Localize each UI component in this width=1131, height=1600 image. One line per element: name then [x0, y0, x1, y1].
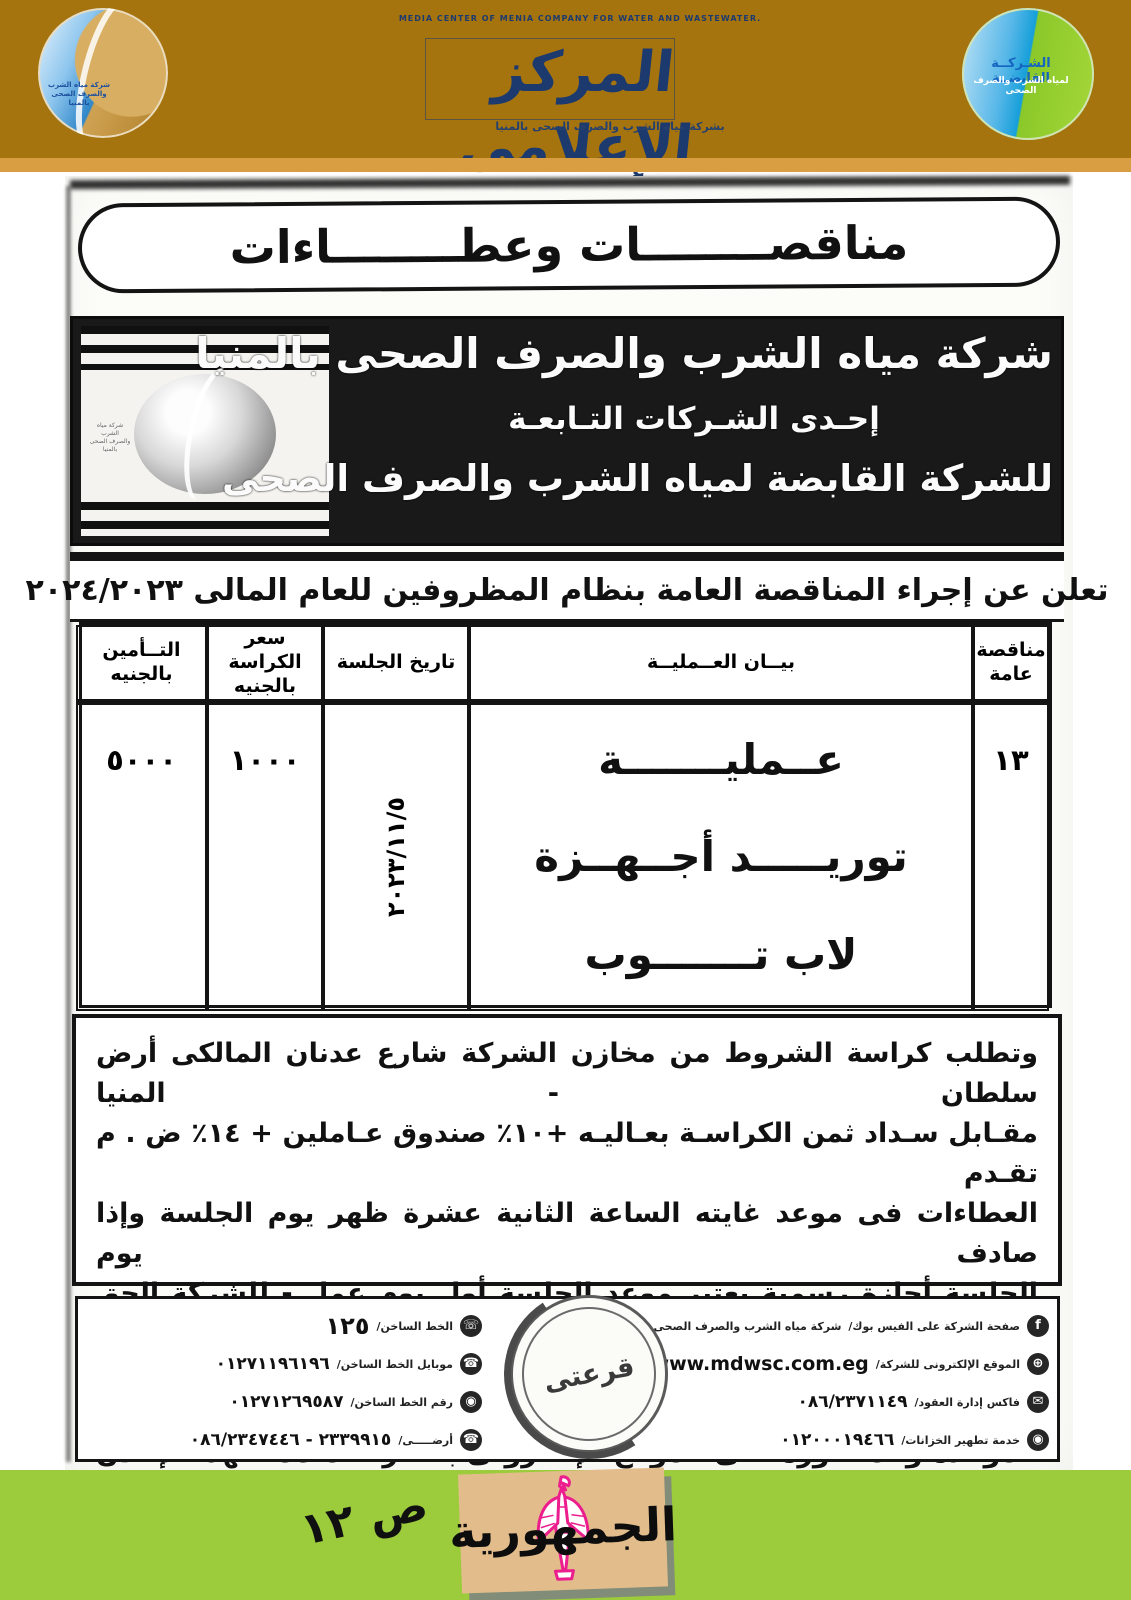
operation-line: عــمليـــــــة: [598, 735, 844, 784]
water-drop-icon: [65, 8, 144, 138]
stripes-bottom: [81, 502, 329, 536]
facebook-row: f صفحة الشركة على الفيس بوك/ شركة مياه ا…: [677, 1307, 1049, 1345]
company-name: شركة مياه الشرب والصرف الصحى بالمنيا: [335, 329, 1053, 378]
booklet-price-cell: ١٠٠٠: [207, 703, 323, 1011]
tenders-banner: مناقصــــــــات وعطــــــــاءات: [78, 197, 1061, 294]
tenders-banner-title: مناقصــــــــات وعطــــــــاءات: [229, 216, 908, 275]
conditions-paragraph: وتطلب كراسة الشروط من مخازن الشركة شارع …: [72, 1014, 1062, 1286]
facebook-icon: f: [1027, 1315, 1049, 1337]
company-stamp: قرعتى: [502, 1287, 676, 1461]
header-band: شركة مياه الشرب والصرف الصحى بالمنيا MED…: [0, 0, 1131, 158]
tank-cleaning-icon: ◉: [1027, 1429, 1049, 1451]
company-logo-scan-caption: شركة مياه الشرب والصرف الصحى بالمنيا: [87, 422, 133, 454]
contact-column-left: ☏ الخط الساخن/ ١٢٥ ☎ موبايل الخط الساخن/…: [90, 1307, 482, 1459]
operation-line: توريـــــد أجــهــزة: [534, 832, 907, 881]
company-title-block: شركة مياه الشرب والصرف الصحى بالمنيا شرك…: [70, 316, 1064, 546]
fax-icon: ✉: [1027, 1391, 1049, 1413]
col-header-deposit: التــأمين بالجنيه: [76, 625, 207, 703]
telephone-icon: ☎: [460, 1429, 482, 1451]
stamp-text: قرعتى: [501, 1286, 677, 1462]
media-center-logo: MEDIA CENTER OF MENIA COMPANY FOR WATER …: [370, 14, 790, 154]
mobile-icon: ☎: [460, 1353, 482, 1375]
fax-row: ✉ فاكس إدارة العقود/ ٠٨٦/٢٣٧١١٤٩: [677, 1383, 1049, 1421]
tank-service-row: ◉ خدمة تطهير الخزانات/ ٠١٢٠٠٠١٩٤٦٦: [677, 1421, 1049, 1459]
gomhuria-card: الجمهورية: [458, 1467, 668, 1593]
media-center-subtitle: بشركة مياه الشرب والصرف الصحى بالمنيا: [370, 120, 850, 133]
gomhuria-newspaper-name: الجمهورية: [447, 1497, 679, 1559]
dial-icon: ◉: [460, 1391, 482, 1413]
col-header-session-date: تاريخ الجلسة: [323, 625, 469, 703]
col-header-booklet-price: سعر الكراسة بالجنيه: [207, 625, 323, 703]
deposit-cell: ٥٠٠٠: [76, 703, 207, 1011]
conditions-line: وتطلب كراسة الشروط من مخازن الشركة شارع …: [96, 1034, 1038, 1114]
globe-icon: ⊕: [1027, 1353, 1049, 1375]
hotline-mobile-row: ☎ موبايل الخط الساخن/ ٠١٢٧١١٩٦١٩٦: [90, 1345, 482, 1383]
col-header-tender-no: مناقصة عامة: [973, 625, 1049, 703]
minya-water-company-logo: شركة مياه الشرب والصرف الصحى بالمنيا: [38, 8, 168, 138]
minya-logo-caption: شركة مياه الشرب والصرف الصحى بالمنيا: [44, 81, 114, 108]
landline-row: ☎ أرضـــــى/ ٢٣٣٩٩١٥ - ٠٨٦/٢٣٤٧٤٤٦: [90, 1421, 482, 1459]
tender-number-cell: ١٣: [973, 703, 1049, 1011]
holding-company-line: للشركة القابضة لمياه الشرب والصرف الصحى: [335, 457, 1053, 500]
website-row: ⊕ الموقع الإلكترونى للشركة/ www.mdwsc.co…: [677, 1345, 1049, 1383]
tenders-table: مناقصة عامة بيــان العــمليــة تاريخ الج…: [79, 622, 1052, 1008]
hotline-icon: ☏: [460, 1315, 482, 1337]
contact-footer: f صفحة الشركة على الفيس بوك/ شركة مياه ا…: [75, 1296, 1060, 1462]
hotline-row: ☏ الخط الساخن/ ١٢٥: [90, 1307, 482, 1345]
newspaper-page: شركة مياه الشرب والصرف الصحى بالمنيا MED…: [0, 0, 1131, 1600]
conditions-line: مقـابل سـداد ثمن الكراسـة بعـاليـه +١٠٪ …: [96, 1114, 1038, 1194]
company-subsidiary-line: إحـدى الشـركات التـابعـة: [335, 401, 1053, 437]
conditions-line: العطاءات فى موعد غايته الساعة الثانية عش…: [96, 1194, 1038, 1274]
contact-column-right: f صفحة الشركة على الفيس بوك/ شركة مياه ا…: [677, 1307, 1049, 1459]
header-accent-strip: [0, 158, 1131, 172]
announcement-line: تعلن عن إجراء المناقصة العامة بنظام المظ…: [70, 552, 1064, 622]
session-date-cell: ٢٠٢٣/١١/٥: [323, 703, 469, 1011]
col-header-operation: بيــان العــمليــة: [469, 625, 973, 703]
hotline-number-row: ◉ رقم الخط الساخن/ ٠١٢٧١٢٦٩٥٨٧: [90, 1383, 482, 1421]
holding-logo-line2: لمياه الشرب والصرف الصحى: [962, 76, 1080, 96]
holding-company-logo: الشـركــة القابضــة لمياه الشرب والصرف ا…: [962, 8, 1094, 140]
operation-line: لاب تـــــــوب: [585, 930, 858, 979]
website-url: www.mdwsc.com.eg: [652, 1353, 869, 1375]
operation-cell: عــمليـــــــة توريـــــد أجــهــزة لاب …: [469, 703, 973, 1011]
media-center-english-caption: MEDIA CENTER OF MENIA COMPANY FOR WATER …: [370, 14, 790, 23]
